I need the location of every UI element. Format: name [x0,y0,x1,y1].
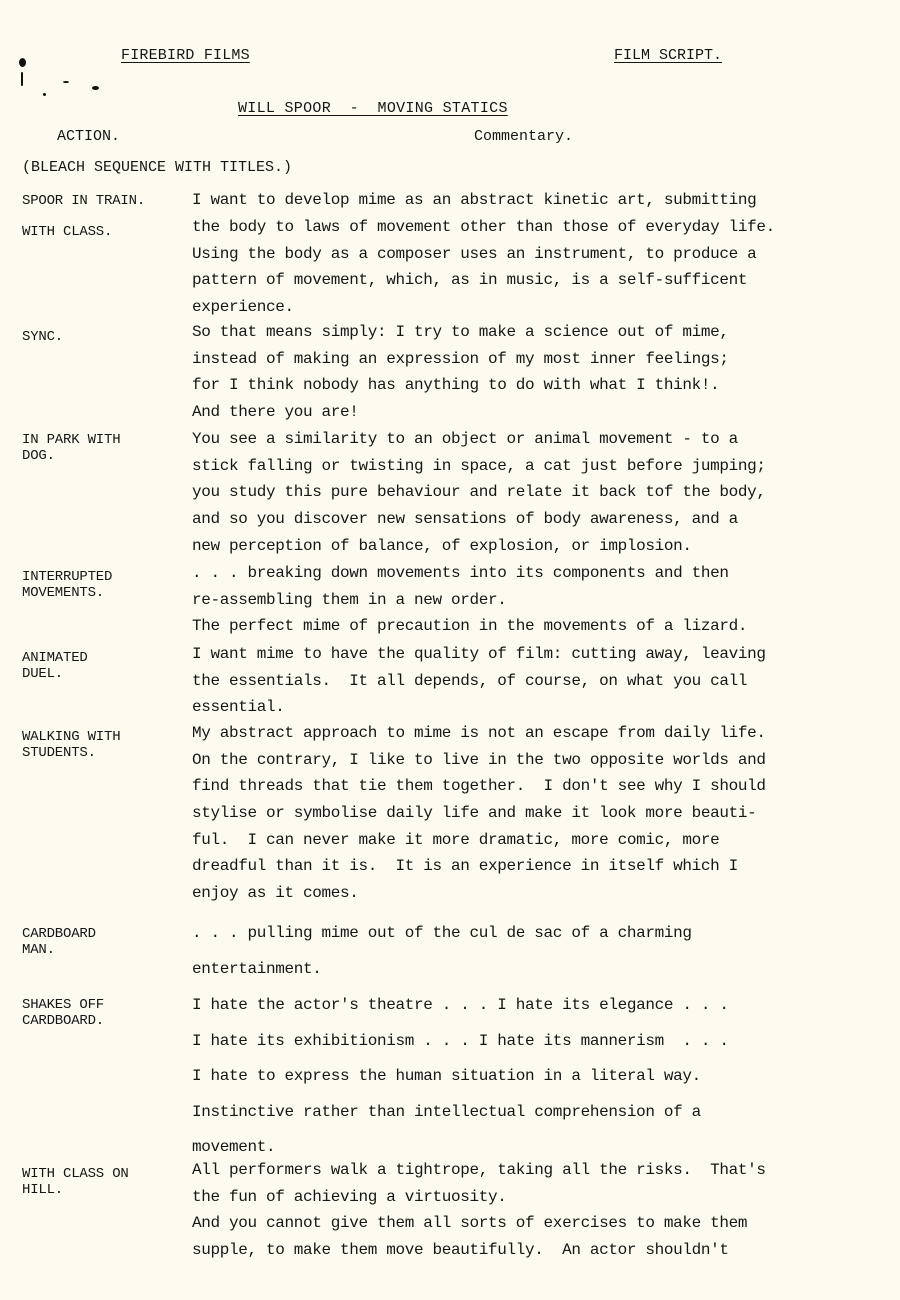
commentary-line: find threads that tie them together. I d… [192,773,892,800]
commentary-line: The perfect mime of precaution in the mo… [192,613,892,640]
commentary-line: And there you are! [192,399,892,426]
commentary-line: I hate the actor's theatre . . . I hate … [192,988,892,1024]
company-name: FIREBIRD FILMS [121,47,250,64]
commentary-line: . . . pulling mime out of the cul de sac… [192,916,892,952]
action-cue: WITH CLASS. [22,224,187,240]
commentary-text: So that means simply: I try to make a sc… [192,319,892,426]
commentary-text: My abstract approach to mime is not an e… [192,720,892,907]
action-cue: CARDBOARD MAN. [22,926,187,958]
commentary-line: and so you discover new sensations of bo… [192,506,892,533]
commentary-line: the body to laws of movement other than … [192,214,892,241]
ink-mark-decoration [43,93,46,96]
commentary-line: I want mime to have the quality of film:… [192,641,892,668]
commentary-line: My abstract approach to mime is not an e… [192,720,892,747]
page-title: WILL SPOOR - MOVING STATICS [238,100,508,117]
action-cue: WITH CLASS ON HILL. [22,1166,187,1198]
action-cue: WALKING WITH STUDENTS. [22,729,187,761]
commentary-line: dreadful than it is. It is an experience… [192,853,892,880]
commentary-text: You see a similarity to an object or ani… [192,426,892,559]
commentary-line: I want to develop mime as an abstract ki… [192,187,892,214]
commentary-column-heading: Commentary. [474,128,573,145]
commentary-line: essential. [192,694,892,721]
commentary-line: So that means simply: I try to make a sc… [192,319,892,346]
commentary-line: enjoy as it comes. [192,880,892,907]
commentary-line: pattern of movement, which, as in music,… [192,267,892,294]
commentary-text: I hate the actor's theatre . . . I hate … [192,988,892,1166]
commentary-line: And you cannot give them all sorts of ex… [192,1210,892,1237]
commentary-line: stylise or symbolise daily life and make… [192,800,892,827]
opening-direction: (BLEACH SEQUENCE WITH TITLES.) [22,159,292,176]
commentary-line: You see a similarity to an object or ani… [192,426,892,453]
commentary-text: the body to laws of movement other than … [192,214,892,321]
commentary-line: . . . breaking down movements into its c… [192,560,892,587]
commentary-line: the essentials. It all depends, of cours… [192,668,892,695]
commentary-line: re-assembling them in a new order. [192,587,892,614]
action-column-heading: ACTION. [57,128,120,145]
action-cue: SPOOR IN TRAIN. [22,193,187,209]
ink-mark-decoration [21,72,23,86]
commentary-line: Instinctive rather than intellectual com… [192,1095,892,1131]
commentary-text: I want mime to have the quality of film:… [192,641,892,721]
ink-mark-decoration [63,81,69,83]
commentary-line: Using the body as a composer uses an ins… [192,241,892,268]
commentary-line: All performers walk a tightrope, taking … [192,1157,892,1184]
commentary-line: I hate to express the human situation in… [192,1059,892,1095]
commentary-line: you study this pure behaviour and relate… [192,479,892,506]
commentary-line: I hate its exhibitionism . . . I hate it… [192,1024,892,1060]
ink-mark-decoration [92,86,99,90]
commentary-line: stick falling or twisting in space, a ca… [192,453,892,480]
commentary-line: the fun of achieving a virtuosity. [192,1184,892,1211]
commentary-line: On the contrary, I like to live in the t… [192,747,892,774]
commentary-line: entertainment. [192,952,892,988]
action-cue: SYNC. [22,329,187,345]
commentary-text: . . . pulling mime out of the cul de sac… [192,916,892,987]
commentary-text: I want to develop mime as an abstract ki… [192,187,892,214]
commentary-text: All performers walk a tightrope, taking … [192,1157,892,1264]
commentary-line: experience. [192,294,892,321]
script-page: FIREBIRD FILMS FILM SCRIPT. WILL SPOOR -… [0,0,900,1300]
commentary-line: supple, to make them move beautifully. A… [192,1237,892,1264]
commentary-text: . . . breaking down movements into its c… [192,560,892,640]
action-cue: INTERRUPTED MOVEMENTS. [22,569,187,601]
action-cue: IN PARK WITH DOG. [22,432,187,464]
commentary-line: instead of making an expression of my mo… [192,346,892,373]
document-type: FILM SCRIPT. [614,47,722,64]
ink-blot-decoration [19,58,26,67]
commentary-line: new perception of balance, of explosion,… [192,533,892,560]
action-cue: ANIMATED DUEL. [22,650,187,682]
action-cue: SHAKES OFF CARDBOARD. [22,997,187,1029]
commentary-line: for I think nobody has anything to do wi… [192,372,892,399]
commentary-line: ful. I can never make it more dramatic, … [192,827,892,854]
